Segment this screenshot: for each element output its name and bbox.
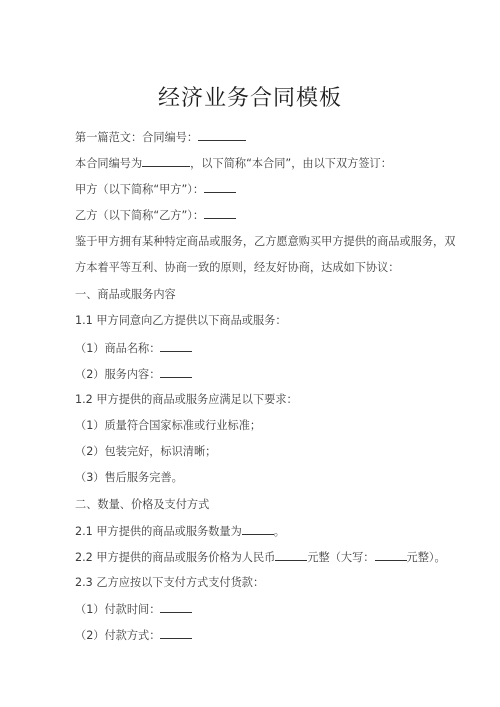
blank-field[interactable] xyxy=(242,523,274,535)
blank-field[interactable] xyxy=(375,549,407,561)
item-line: （1）质量符合国家标准或行业标准； xyxy=(75,418,261,434)
blank-field[interactable] xyxy=(160,601,192,613)
party-a-line: 甲方（以下简称“甲方”）： xyxy=(75,181,236,198)
blank-field[interactable] xyxy=(160,627,192,639)
line-text: 一、商品或服务内容 xyxy=(75,288,176,301)
blank-field[interactable] xyxy=(198,129,246,141)
party-b-line: 乙方（以下简称“乙方”）： xyxy=(75,207,236,224)
clause-line: 2.1 甲方提供的商品或服务数量为。 xyxy=(75,523,285,540)
line-text: （3）售后服务完善。 xyxy=(75,471,183,484)
document-title: 经济业务合同模板 xyxy=(0,84,500,114)
item-line: （2）服务内容： xyxy=(75,366,192,383)
item-line: （1）付款时间： xyxy=(75,601,192,618)
line-text: 1.2 甲方提供的商品或服务应满足以下要求： xyxy=(75,393,298,406)
item-line: （3）售后服务完善。 xyxy=(75,470,183,486)
contract-number-line: 第一篇范文：合同编号： xyxy=(75,129,246,146)
line-text: 元整（大写： xyxy=(307,551,374,564)
item-line: （2）包装完好，标识清晰； xyxy=(75,444,216,460)
clause-line: 2.2 甲方提供的商品或服务价格为人民币元整（大写：元整）。 xyxy=(75,549,446,566)
line-text: 。 xyxy=(274,525,285,538)
blank-field[interactable] xyxy=(142,155,190,167)
blank-field[interactable] xyxy=(160,366,192,378)
blank-field[interactable] xyxy=(204,207,236,219)
line-text: 乙方（以下简称“乙方”）： xyxy=(75,209,204,222)
blank-field[interactable] xyxy=(204,181,236,193)
paragraph-line: 鉴于甲方拥有某种特定商品或服务，乙方愿意购买甲方提供的商品或服务，双 xyxy=(75,234,455,250)
document-page: 经济业务合同模板 第一篇范文：合同编号： 本合同编号为，以下简称“本合同”，由以… xyxy=(0,0,500,707)
line-text: （1）付款时间： xyxy=(75,603,160,616)
line-text: 2.1 甲方提供的商品或服务数量为 xyxy=(75,525,242,538)
line-text: 鉴于甲方拥有某种特定商品或服务，乙方愿意购买甲方提供的商品或服务，双 xyxy=(75,235,455,248)
line-text: 第一篇范文：合同编号： xyxy=(75,131,198,144)
blank-field[interactable] xyxy=(160,340,192,352)
paragraph-line: 方本着平等互利、协商一致的原则，经友好协商，达成如下协议： xyxy=(75,260,399,276)
item-line: （1）商品名称： xyxy=(75,340,192,357)
line-text: （1）质量符合国家标准或行业标准； xyxy=(75,419,261,432)
clause-line: 1.2 甲方提供的商品或服务应满足以下要求： xyxy=(75,392,298,408)
contract-intro-line: 本合同编号为，以下简称“本合同”，由以下双方签订： xyxy=(75,155,392,172)
section-heading: 一、商品或服务内容 xyxy=(75,287,176,303)
section-heading: 二、数量、价格及支付方式 xyxy=(75,497,209,513)
line-text: 甲方（以下简称“甲方”）： xyxy=(75,183,204,196)
line-text: （2）服务内容： xyxy=(75,368,160,381)
line-text: ，以下简称“本合同”，由以下双方签订： xyxy=(190,157,392,170)
clause-line: 2.3 乙方应按以下支付方式支付货款： xyxy=(75,575,264,591)
line-text: 元整）。 xyxy=(407,551,446,564)
item-line: （2）付款方式： xyxy=(75,627,192,644)
line-text: 方本着平等互利、协商一致的原则，经友好协商，达成如下协议： xyxy=(75,261,399,274)
line-text: （2）包装完好，标识清晰； xyxy=(75,445,216,458)
line-text: 1.1 甲方同意向乙方提供以下商品或服务： xyxy=(75,314,287,327)
line-text: （2）付款方式： xyxy=(75,629,160,642)
line-text: 2.2 甲方提供的商品或服务价格为人民币 xyxy=(75,551,275,564)
blank-field[interactable] xyxy=(275,549,307,561)
line-text: 2.3 乙方应按以下支付方式支付货款： xyxy=(75,576,264,589)
line-text: 二、数量、价格及支付方式 xyxy=(75,498,209,511)
line-text: 本合同编号为 xyxy=(75,157,142,170)
line-text: （1）商品名称： xyxy=(75,342,160,355)
clause-line: 1.1 甲方同意向乙方提供以下商品或服务： xyxy=(75,313,287,329)
